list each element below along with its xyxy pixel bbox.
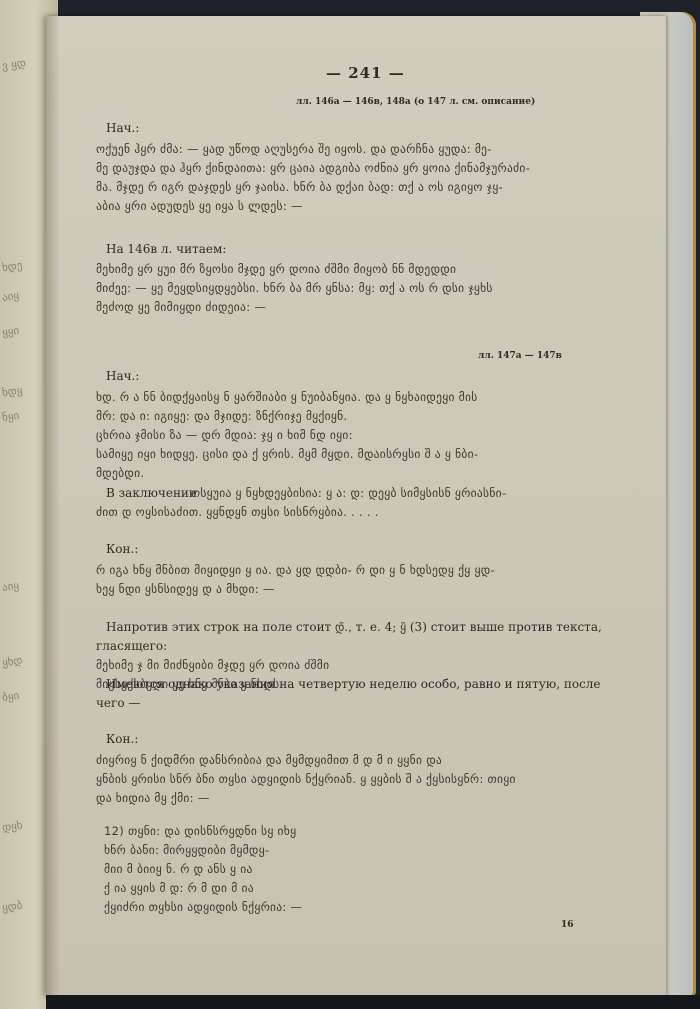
explicit-label: Кон.: — [106, 542, 138, 556]
incipit-text: ხდ. რ ა ნნ ბიდქყაისყ ნ ყარშიაბი ყ ნუიბან… — [96, 388, 606, 483]
incipit-label: Нач.: — [106, 121, 139, 135]
note-georgian-numeral: ყ̃ — [400, 620, 406, 634]
book-page: — 241 — лл. 146а — 146в, 148а (о 147 л. … — [46, 16, 666, 996]
bleed-through-text: ხდყ — [1, 384, 23, 400]
incipit-label: Нач.: — [106, 369, 139, 383]
bleed-through-text: ხდე — [1, 259, 23, 275]
margin-note-paragraph: Напротив этих строк на поле стоит დ̃., т… — [96, 618, 608, 656]
bleed-through-text: დყხ — [1, 819, 23, 835]
bleed-through-text: ყხდ — [1, 654, 23, 670]
bottom-shadow — [46, 995, 700, 1009]
folio-reference: лл. 147а — 147в — [478, 351, 562, 361]
note-text: Напротив этих строк на поле стоит — [106, 620, 331, 634]
bleed-through-text: აიყ — [1, 289, 20, 304]
page-gutter-shadow — [46, 16, 60, 996]
page-number: — 241 — — [326, 64, 405, 82]
note-text: т. е. 4; — [356, 620, 397, 634]
bleed-through-text: ბყი — [1, 689, 20, 704]
bleed-through-text: ნყი — [1, 409, 20, 424]
conclusion-text: ოსყუია ყ ნყხდეყბისია: ყ ა: დ: დეყბ სიმყს… — [96, 484, 606, 522]
bleed-through-text: ყყი — [1, 324, 20, 339]
bleed-through-text: ვ ყდ — [1, 56, 26, 72]
reading-label: На 146в л. читаем: — [106, 242, 226, 256]
bleed-through-text: აიყ — [1, 579, 20, 594]
incipit-text: ოქუენ ჰყრ ძმა: — ყად უწოდ აღუსერა შე იყო… — [96, 140, 606, 216]
note-georgian-numeral: დ̃., — [335, 620, 352, 634]
explicit-label: Кон.: — [106, 732, 138, 746]
reading-text: მეხიმე ყრ ყუი მრ ზყოსი მჯდე ყრ დოია ძშმი… — [96, 260, 606, 317]
folio-reference: лл. 146а — 146в, 148а (о 147 л. см. опис… — [296, 97, 535, 107]
mention-paragraph: Имеются однако указания на четвертую нед… — [96, 675, 608, 713]
signature-mark: 16 — [561, 920, 574, 930]
explicit-text: რ იგა ხნყ მნბით მიყიდყი ყ ია. და ყდ დდბი… — [96, 561, 606, 599]
numbered-item: 12) თყნი: და დისნსრყდნი სყ იხყ ხნრ ბანი:… — [104, 822, 404, 917]
bleed-through-text: ყდბ — [1, 899, 23, 915]
explicit-text: ძიყრიყ ნ ქიდმრი დანსრიბია და მყმდყიმით მ… — [96, 751, 606, 808]
